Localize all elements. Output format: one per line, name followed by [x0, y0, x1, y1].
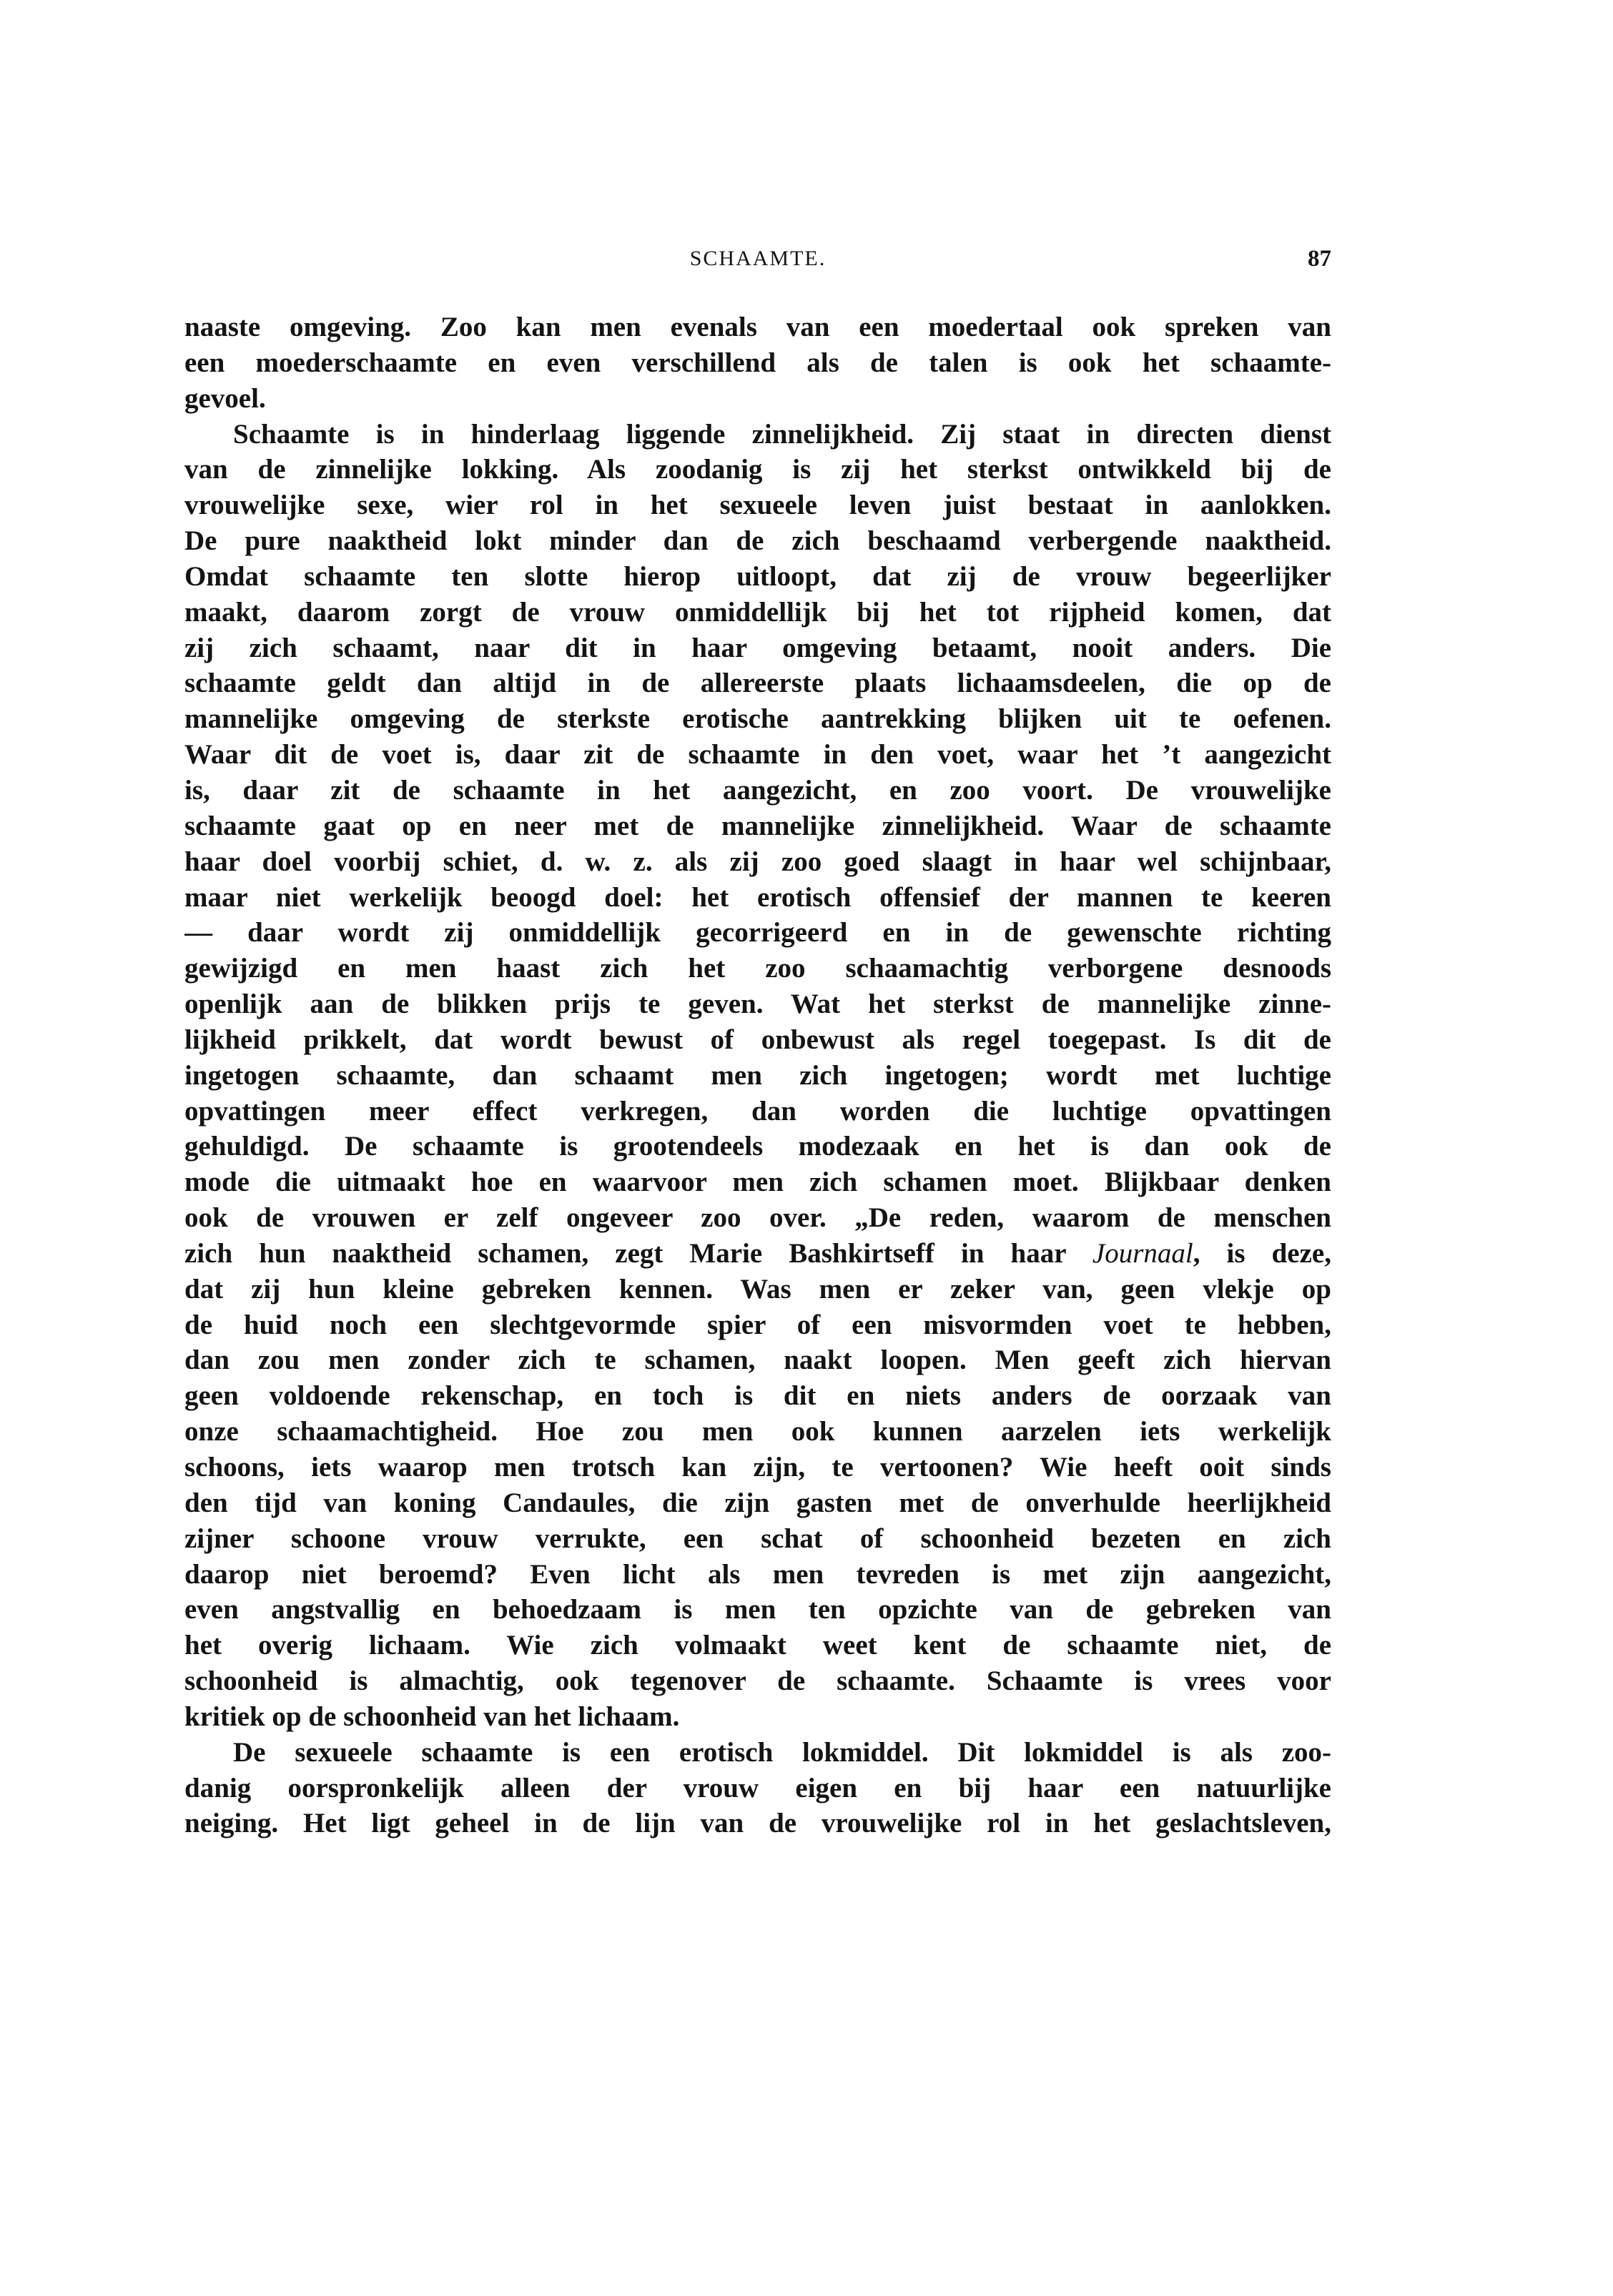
running-title: SCHAAMTE.: [184, 244, 1331, 273]
text-line: ingetogen schaamte, dan schaamt men zich…: [184, 1058, 1331, 1094]
text-line: maakt, daarom zorgt de vrouw onmiddellij…: [184, 595, 1331, 630]
text-line: dan zou men zonder zich te schamen, naak…: [184, 1342, 1331, 1378]
text-line: danig oorspronkelijk alleen der vrouw ei…: [184, 1771, 1331, 1806]
text-line: vrouwelijke sexe, wier rol in het sexuee…: [184, 488, 1331, 523]
text-line: haar doel voorbij schiet, d. w. z. als z…: [184, 844, 1331, 880]
italic-book-title: Journaal: [1092, 1238, 1193, 1269]
text-line: ook de vrouwen er zelf ongeveer zoo over…: [184, 1200, 1331, 1236]
text-line: geen voldoende rekenschap, en toch is di…: [184, 1378, 1331, 1414]
text-line-with-italic-title: zich hun naaktheid schamen, zegt Marie B…: [184, 1236, 1331, 1272]
text-line: zij zich schaamt, naar dit in haar omgev…: [184, 630, 1331, 666]
text-line: even angstvallig en behoedzaam is men te…: [184, 1592, 1331, 1628]
text-line: een moederschaamte en even verschillend …: [184, 345, 1331, 381]
text-line: van de zinnelijke lokking. Als zoodanig …: [184, 452, 1331, 488]
text-line: naaste omgeving. Zoo kan men evenals van…: [184, 310, 1331, 345]
text-line: neiging. Het ligt geheel in de lijn van …: [184, 1806, 1331, 1841]
text-line: Omdat schaamte ten slotte hierop uitloop…: [184, 559, 1331, 595]
line-text-before: zich hun naaktheid schamen, zegt Marie B…: [184, 1238, 1092, 1269]
text-line: Waar dit de voet is, daar zit de schaamt…: [184, 737, 1331, 773]
line-text-after: , is deze,: [1193, 1238, 1331, 1269]
paragraph-start-line: Schaamte is in hinderlaag liggende zinne…: [184, 417, 1331, 452]
text-line: openlijk aan de blikken prijs te geven. …: [184, 986, 1331, 1022]
text-line: de huid noch een slechtgevormde spier of…: [184, 1307, 1331, 1343]
text-line: De pure naaktheid lokt minder dan de zic…: [184, 523, 1331, 559]
text-line: dat zij hun kleine gebreken kennen. Was …: [184, 1272, 1331, 1307]
text-line: schoonheid is almachtig, ook tegenover d…: [184, 1663, 1331, 1699]
text-line: — daar wordt zij onmiddellijk gecorrigee…: [184, 915, 1331, 951]
text-line: den tijd van koning Candaules, die zijn …: [184, 1485, 1331, 1521]
document-page: SCHAAMTE. 87 naaste omgeving. Zoo kan me…: [0, 0, 1613, 2296]
text-line: het overig lichaam. Wie zich volmaakt we…: [184, 1628, 1331, 1663]
text-line: opvattingen meer effect verkregen, dan w…: [184, 1094, 1331, 1129]
text-line: mannelijke omgeving de sterkste erotisch…: [184, 701, 1331, 737]
text-line: gehuldigd. De schaamte is grootendeels m…: [184, 1129, 1331, 1164]
text-line: schaamte geldt dan altijd in de allereer…: [184, 665, 1331, 701]
text-line: gewijzigd en men haast zich het zoo scha…: [184, 951, 1331, 986]
text-line: schoons, iets waarop men trotsch kan zij…: [184, 1450, 1331, 1485]
text-line: zijner schoone vrouw verrukte, een schat…: [184, 1521, 1331, 1557]
text-line: mode die uitmaakt hoe en waarvoor men zi…: [184, 1164, 1331, 1200]
text-line: schaamte gaat op en neer met de mannelij…: [184, 808, 1331, 844]
text-line: kritiek op de schoonheid van het lichaam…: [184, 1699, 1331, 1735]
text-line: onze schaamachtigheid. Hoe zou men ook k…: [184, 1414, 1331, 1450]
paragraph-start-line: De sexueele schaamte is een erotisch lok…: [184, 1735, 1331, 1771]
page-number: 87: [1308, 244, 1331, 273]
text-line: gevoel.: [184, 381, 1331, 417]
body-text: naaste omgeving. Zoo kan men evenals van…: [184, 310, 1331, 1841]
running-header: SCHAAMTE. 87: [184, 244, 1331, 273]
text-line: daarop niet beroemd? Even licht als men …: [184, 1557, 1331, 1593]
text-line: lijkheid prikkelt, dat wordt bewust of o…: [184, 1022, 1331, 1058]
text-line: is, daar zit de schaamte in het aangezic…: [184, 773, 1331, 808]
text-line: maar niet werkelijk beoogd doel: het ero…: [184, 880, 1331, 916]
